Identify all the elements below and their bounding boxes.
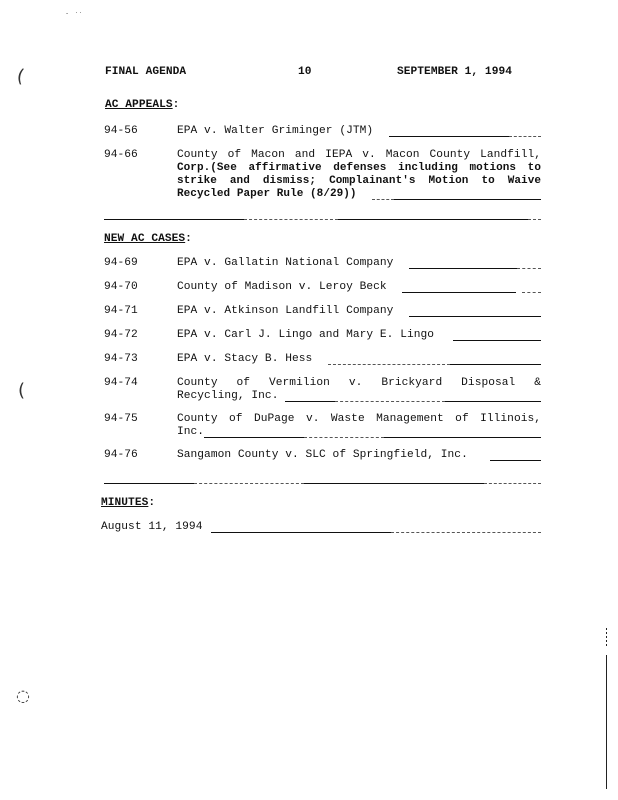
signature-line — [211, 532, 391, 533]
heading-text: AC APPEALS — [105, 99, 173, 111]
scan-speck: - · · — [66, 10, 82, 17]
signature-line — [490, 460, 541, 461]
punch-hole-mark-top: ( — [15, 66, 26, 88]
section-divider-faded — [528, 219, 541, 220]
case-title-line-2: Corp.(See affirmative defenses including… — [177, 162, 541, 175]
case-number: 94-74 — [104, 377, 138, 390]
signature-line-faded — [372, 199, 394, 200]
case-number: 94-76 — [104, 449, 138, 462]
section-divider — [104, 483, 194, 484]
case-title-line-3: strike and dismiss; Complainant's Motion… — [177, 175, 541, 188]
signature-line-faded — [391, 532, 541, 533]
case-title-line-1: County of Vermilion v. Brickyard Disposa… — [177, 377, 541, 390]
heading-text: NEW AC CASES — [104, 233, 185, 245]
signature-line — [453, 340, 541, 341]
section-divider-faded — [244, 219, 338, 220]
agenda-title: FINAL AGENDA — [105, 66, 186, 79]
section-divider-faded — [194, 483, 304, 484]
minutes-date: August 11, 1994 — [101, 521, 202, 534]
signature-line — [450, 364, 541, 365]
signature-line — [409, 316, 541, 317]
heading-colon: : — [148, 497, 155, 509]
case-number: 94-75 — [104, 413, 138, 426]
signature-line-faded — [509, 136, 541, 137]
case-title: Sangamon County v. SLC of Springfield, I… — [177, 449, 541, 462]
section-heading-ac-appeals: AC APPEALS: — [105, 99, 179, 112]
signature-line — [285, 401, 335, 402]
signature-line — [409, 268, 517, 269]
section-divider — [304, 483, 484, 484]
section-divider-faded — [484, 483, 541, 484]
section-heading-new-ac-cases: NEW AC CASES: — [104, 233, 192, 246]
punch-hole-mark-middle: ( — [18, 380, 25, 401]
case-title-line-1: County of DuPage v. Waste Management of … — [177, 413, 541, 426]
signature-line — [394, 199, 541, 200]
signature-line — [445, 401, 541, 402]
case-number: 94-56 — [104, 125, 138, 138]
case-number: 94-73 — [104, 353, 138, 366]
punch-hole-mark-bottom: ◌ — [16, 686, 30, 705]
signature-line — [402, 292, 516, 293]
section-divider — [104, 219, 244, 220]
heading-text: MINUTES — [101, 497, 148, 509]
signature-line-faded — [517, 268, 541, 269]
signature-line — [204, 437, 304, 438]
case-number: 94-70 — [104, 281, 138, 294]
signature-line-faded — [304, 437, 384, 438]
case-number: 94-69 — [104, 257, 138, 270]
signature-line-faded — [328, 364, 450, 365]
case-title-line-1: County of Macon and IEPA v. Macon County… — [177, 149, 541, 162]
signature-line-faded — [522, 292, 541, 293]
case-number: 94-66 — [104, 149, 138, 162]
section-divider — [338, 219, 528, 220]
section-heading-minutes: MINUTES: — [101, 497, 155, 510]
heading-colon: : — [185, 233, 192, 245]
scan-edge-line — [606, 655, 607, 789]
scan-edge-dashes — [606, 628, 607, 648]
agenda-date: SEPTEMBER 1, 1994 — [397, 66, 512, 79]
page-number: 10 — [298, 66, 312, 79]
signature-line-faded — [335, 401, 445, 402]
case-number: 94-72 — [104, 329, 138, 342]
case-number: 94-71 — [104, 305, 138, 318]
signature-line — [384, 437, 541, 438]
heading-colon: : — [173, 99, 180, 111]
signature-line — [389, 136, 509, 137]
